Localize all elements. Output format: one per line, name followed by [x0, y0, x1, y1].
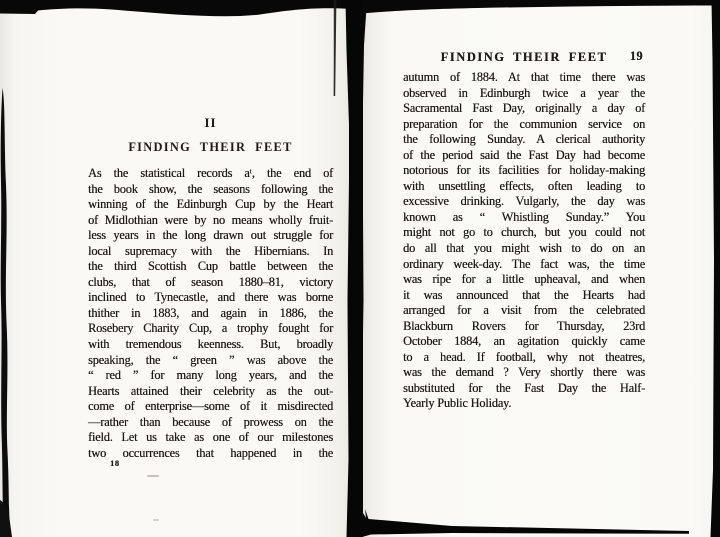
book-scan: II FINDING THEIR FEET As the statistical…	[0, 0, 720, 537]
right-page-number: 19	[630, 49, 643, 64]
text-line: Rosebery Charity Cup, a trophy fought fo…	[88, 321, 333, 337]
left-page-text: As the statistical records aᵗ, the end o…	[88, 166, 333, 461]
text-line: observed in Edinburgh twice a year the	[403, 86, 645, 102]
running-header-title: FINDING THEIR FEET	[441, 50, 608, 64]
text-line: ordinary week-day. The fact was, the tim…	[403, 257, 645, 273]
text-line: notorious for its facilities for holiday…	[403, 163, 645, 179]
text-line: come of enterprise—some of it misdirecte…	[88, 399, 333, 415]
text-line: speaking, the “ green ” was above the	[88, 353, 333, 369]
left-page: II FINDING THEIR FEET As the statistical…	[0, 0, 349, 537]
text-line: autumn of 1884. At that time there was	[403, 70, 645, 86]
text-line: it was announced that the Hearts had	[403, 288, 645, 304]
text-line: inclined to Tynecastle, and there was bo…	[88, 290, 333, 306]
text-line: arranged for a visit from the celebrated	[403, 303, 645, 319]
text-line: two occurrences that happened in the	[88, 446, 333, 462]
text-line: of the period said the Fast Day had beco…	[403, 148, 645, 164]
text-line: Hearts attained their celebrity as the o…	[88, 384, 333, 400]
text-line: substituted for the Fast Day the Half-	[403, 381, 645, 397]
chapter-number: II	[88, 115, 333, 130]
text-line: field. Let us take as one of our milesto…	[88, 430, 333, 446]
text-line: local supremacy with the Hibernians. In	[88, 244, 333, 260]
text-line: thither in 1883, and again in 1886, the	[88, 306, 333, 322]
text-line: was ripe for a little upheaval, and when	[403, 272, 645, 288]
running-header: FINDING THEIR FEET 19	[403, 49, 645, 64]
text-line: was the demand ? Very shortly there was	[403, 365, 645, 381]
text-line: excessive drinking. Vulgarly, the day wa…	[403, 194, 645, 210]
text-line: October 1884, an agitation quickly came	[403, 334, 645, 350]
text-line: known as “ Whistling Sunday.” You	[403, 210, 645, 226]
text-line: the third Scottish Cup battle between th…	[88, 259, 333, 275]
text-line: do all that you might wish to do on an	[403, 241, 645, 257]
text-line: less years in the long drawn out struggl…	[88, 228, 333, 244]
text-line: As the statistical records aᵗ, the end o…	[88, 166, 333, 182]
right-page-text: autumn of 1884. At that time there wasob…	[403, 70, 645, 412]
text-line: Sacramental Fast Day, originally a day o…	[403, 101, 645, 117]
text-line: winning of the Edinburgh Cup by the Hear…	[88, 197, 333, 213]
text-line: “ red ” for many long years, and the	[88, 368, 333, 384]
right-page: FINDING THEIR FEET 19 autumn of 1884. At…	[363, 0, 714, 537]
text-line: preparation for the communion service on	[403, 117, 645, 133]
text-line: with tremendous keenness. But, broadly	[88, 337, 333, 353]
text-line: Yearly Public Holiday.	[403, 396, 645, 412]
chapter-title: FINDING THEIR FEET	[88, 140, 333, 155]
text-line: of Midlothian were by no means wholly fr…	[88, 213, 333, 229]
text-line: might not go to church, but you could no…	[403, 225, 645, 241]
text-line: —rather than because of prowess on the	[88, 415, 333, 431]
text-line: clubs, that of season 1880–81, victory	[88, 275, 333, 291]
left-page-number: 18	[110, 458, 120, 468]
text-line: with unsettling effects, often leading t…	[403, 179, 645, 195]
text-line: the following Sunday. A clerical authori…	[403, 132, 645, 148]
text-line: Blackburn Rovers for Thursday, 23rd	[403, 319, 645, 335]
text-line: to a head. If football, why not theatres…	[403, 350, 645, 366]
text-line: the book show, the seasons following the	[88, 182, 333, 198]
